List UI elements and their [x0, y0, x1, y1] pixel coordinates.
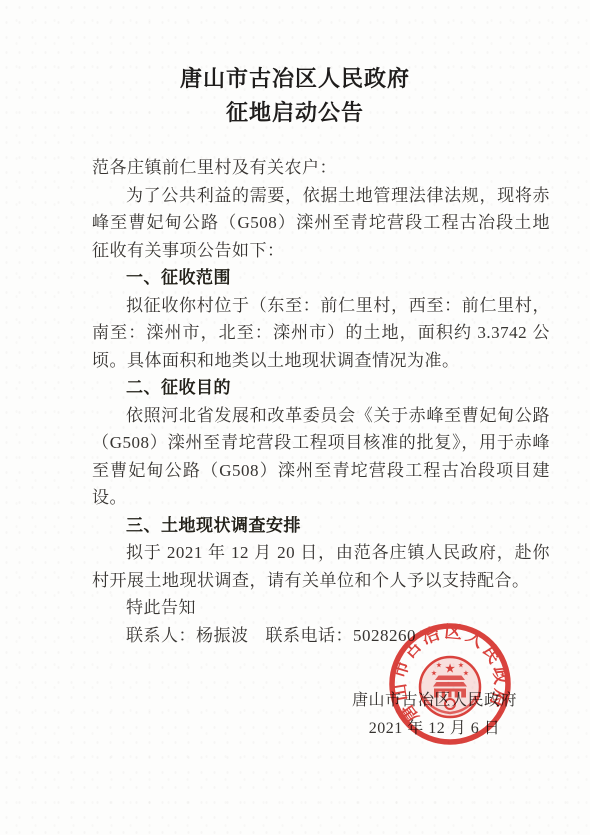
- contact-person-name: 杨振波: [196, 626, 249, 645]
- emblem-gate-arch: [452, 692, 455, 698]
- contact-person-label: 联系人：: [126, 626, 196, 645]
- national-emblem-icon: ★ ★ ★ ★ ★: [420, 657, 480, 717]
- section-1-heading: 一、征收范围: [92, 264, 550, 292]
- intro-paragraph: 为了公共利益的需要，依据土地管理法律法规，现将赤峰至曹妃甸公路（G508）滦州至…: [92, 182, 550, 265]
- emblem-small-star-icon: ★: [458, 662, 464, 669]
- emblem-gate-roof-upper: [435, 676, 465, 681]
- document-body: 范各庄镇前仁里村及有关农户： 为了公共利益的需要，依据土地管理法律法规，现将赤峰…: [92, 154, 550, 649]
- emblem-small-star-icon: ★: [463, 670, 469, 677]
- contact-phone-label: 联系电话：: [266, 626, 354, 645]
- emblem-small-star-icon: ★: [436, 662, 442, 669]
- section-1-body: 拟征收你村位于（东至：前仁里村，西至：前仁里村，南至：滦州市，北至：滦州市）的土…: [92, 292, 550, 375]
- emblem-gate-arch: [445, 692, 448, 698]
- emblem-big-star-icon: ★: [445, 663, 455, 675]
- title-line-issuer: 唐山市古冶区人民政府: [92, 62, 498, 96]
- salutation: 范各庄镇前仁里村及有关农户：: [92, 154, 550, 182]
- emblem-gate-arch: [439, 692, 442, 698]
- section-2-heading: 二、征收目的: [92, 374, 550, 402]
- document-title: 唐山市古冶区人民政府 征地启动公告: [92, 62, 498, 130]
- title-line-subject: 征地启动公告: [92, 96, 498, 130]
- emblem-small-star-icon: ★: [431, 670, 437, 677]
- emblem-gate-arch: [458, 692, 461, 698]
- document-page: 唐山市古冶区人民政府 征地启动公告 范各庄镇前仁里村及有关农户： 为了公共利益的…: [0, 0, 590, 835]
- section-3-body: 拟于 2021 年 12 月 20 日，由范各庄镇人民政府，赴你村开展土地现状调…: [92, 539, 550, 594]
- section-2-body: 依照河北省发展和改革委员会《关于赤峰至曹妃甸公路（G508）滦州至青坨营段工程项…: [92, 402, 550, 512]
- official-seal: 唐山市古冶区人民政府 ★ ★ ★ ★ ★: [384, 618, 516, 750]
- section-3-heading: 三、土地现状调查安排: [92, 512, 550, 540]
- emblem-gate-roof-lower: [433, 682, 467, 687]
